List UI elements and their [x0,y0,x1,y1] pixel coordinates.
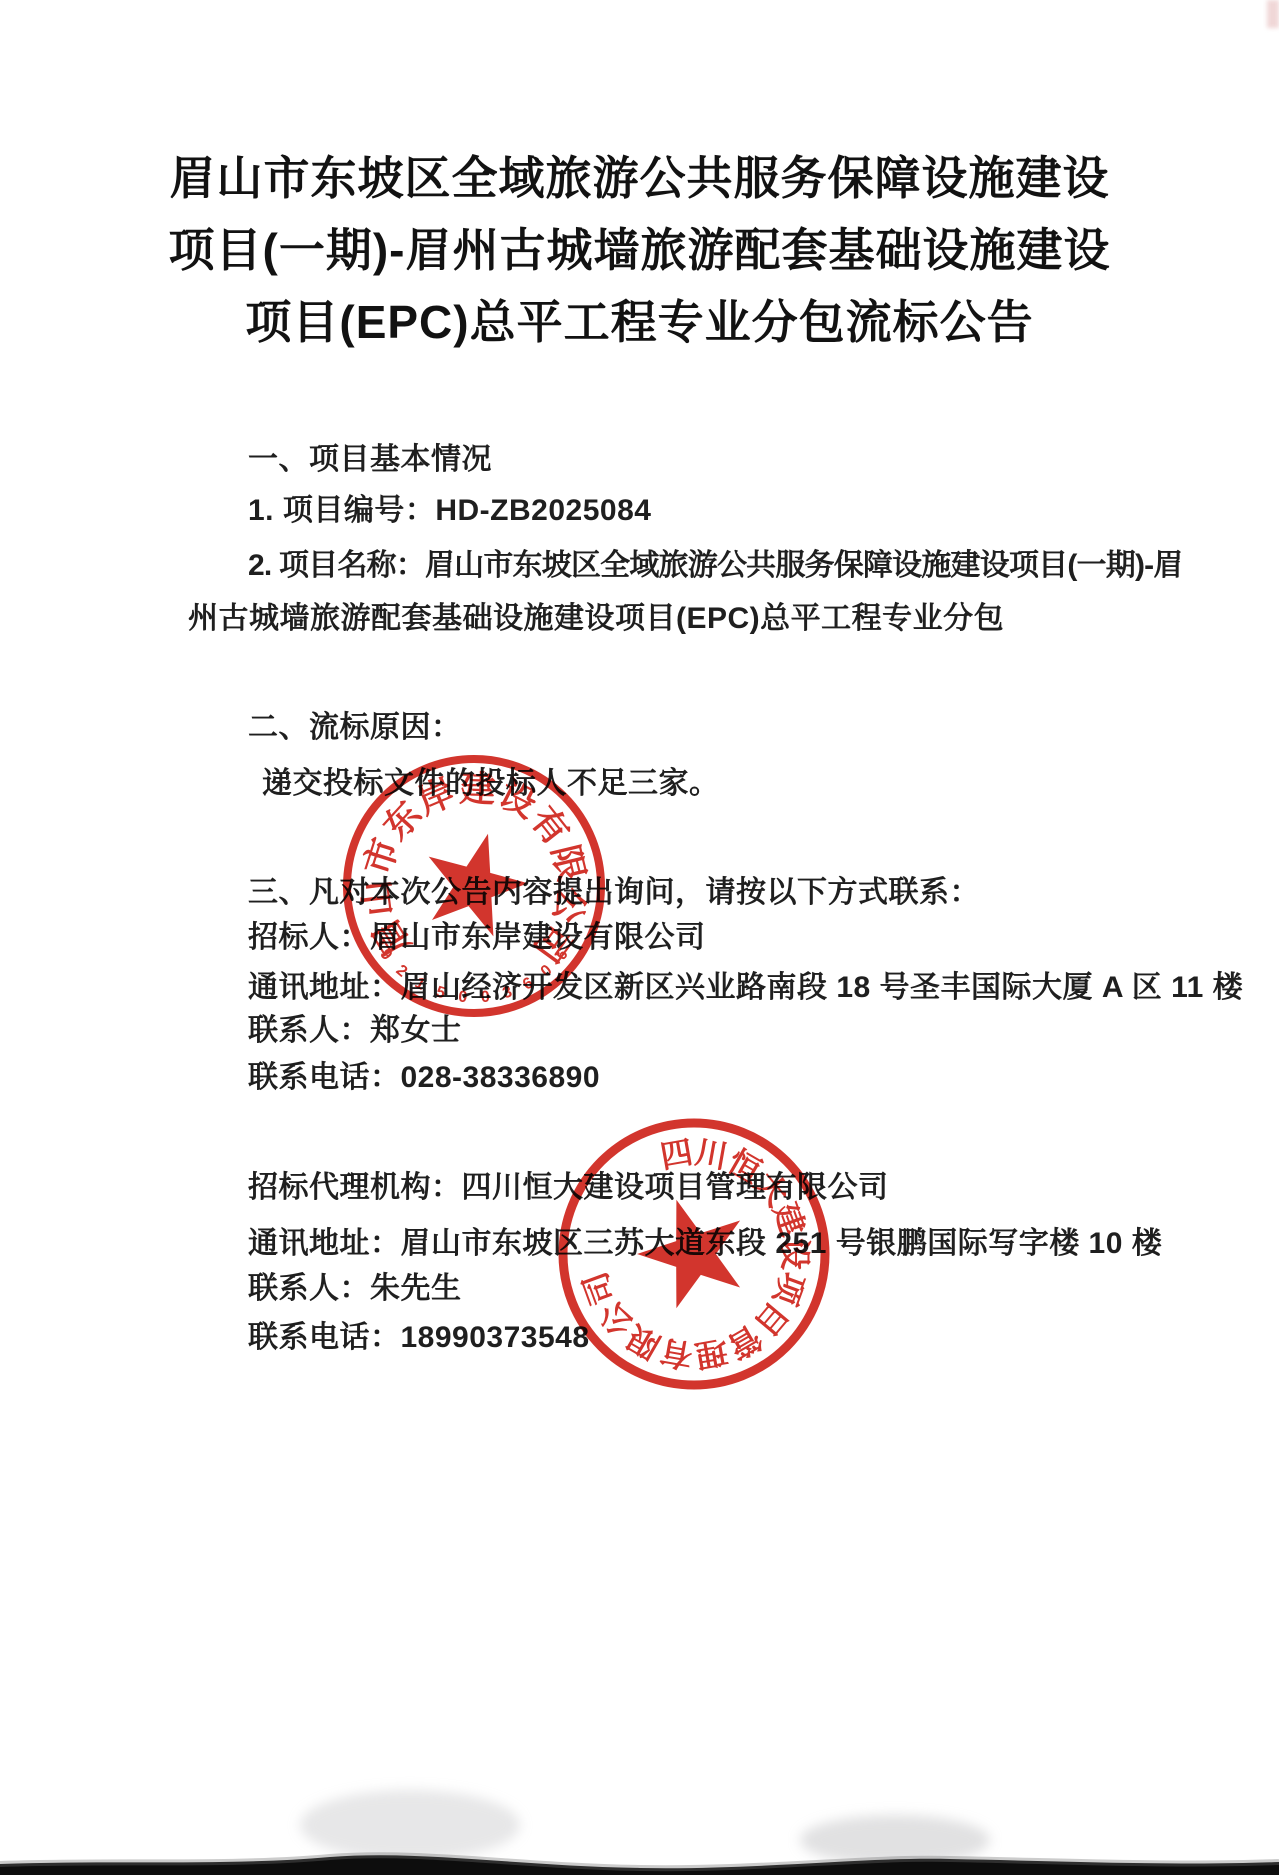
svg-text:2: 2 [392,962,410,981]
svg-text:6: 6 [520,974,536,993]
scan-corner-artifact [1267,0,1279,28]
document-title-line-2: 项目(一期)-眉州古城墙旅游配套基础设施建设 [0,214,1279,280]
official-seal-agency: 四川恒大建设项目管理有限公司 [544,1104,844,1404]
project-name-line-1: 2. 项目名称：眉山市东坡区全域旅游公共服务保障设施建设项目(一期)-眉 [248,540,1183,584]
svg-text:限: 限 [544,841,592,886]
section-1-heading: 一、项目基本情况 [248,434,492,478]
document-title-line-1: 眉山市东坡区全域旅游公共服务保障设施建设 [0,142,1279,208]
svg-text:山: 山 [355,878,400,919]
svg-text:设: 设 [777,1238,813,1270]
svg-text:1: 1 [412,974,428,993]
agency-contact-line: 联系人：朱先生 [248,1263,462,1307]
svg-text:0: 0 [480,988,491,1006]
tenderer-phone-line: 联系电话：028-38336890 [248,1052,600,1096]
svg-text:0: 0 [457,988,468,1006]
agency-phone-line: 联系电话：18990373548 [248,1312,590,1356]
svg-text:理: 理 [693,1333,731,1374]
official-seal-tenderer: 眉山市东岸建设有限公司9215003606 [324,736,624,1036]
scan-bottom-edge [0,1840,1279,1875]
scanned-document-page: 眉山市东坡区全域旅游公共服务保障设施建设 项目(一期)-眉州古城墙旅游配套基础设… [0,0,1279,1875]
project-name-line-2: 州古城墙旅游配套基础设施建设项目(EPC)总平工程专业分包 [188,593,1004,637]
project-number-line: 1. 项目编号：HD-ZB2025084 [248,485,651,529]
document-title-line-3: 项目(EPC)总平工程专业分包流标公告 [0,286,1279,352]
svg-text:5: 5 [434,983,448,1002]
svg-text:3: 3 [501,983,515,1002]
svg-text:建: 建 [459,768,496,810]
svg-text:四: 四 [658,1134,696,1175]
